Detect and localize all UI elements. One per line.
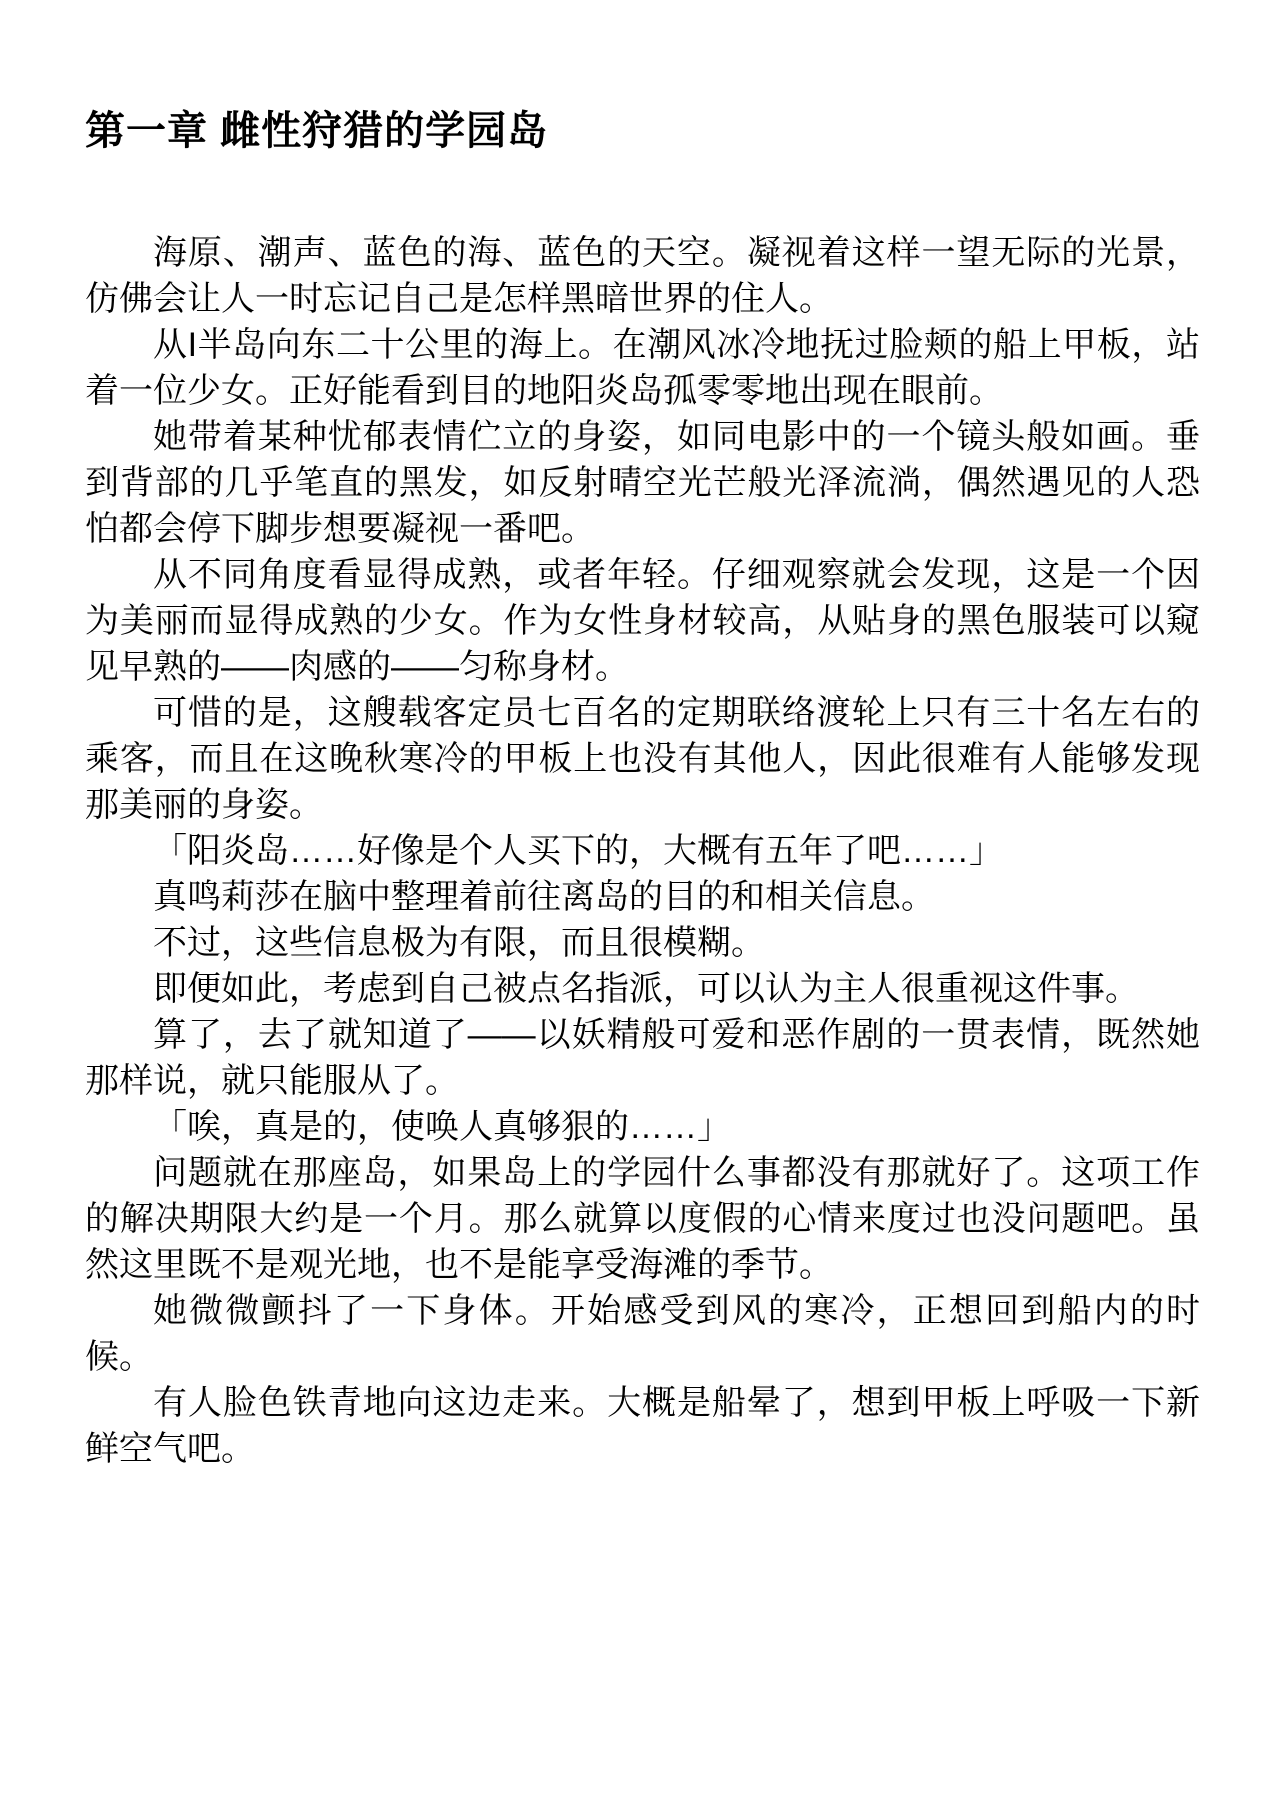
document-page: 第一章 雌性狩猎的学园岛 海原、潮声、蓝色的海、蓝色的天空。凝视着这样一望无际的… [0, 0, 1280, 1794]
chapter-body: 海原、潮声、蓝色的海、蓝色的天空。凝视着这样一望无际的光景，仿佛会让人一时忘记自… [85, 230, 1200, 1472]
chapter-title: 第一章 雌性狩猎的学园岛 [85, 108, 1200, 154]
paragraph: 真鸣莉莎在脑中整理着前往离岛的目的和相关信息。 [85, 874, 1200, 920]
paragraph: 海原、潮声、蓝色的海、蓝色的天空。凝视着这样一望无际的光景，仿佛会让人一时忘记自… [85, 230, 1200, 322]
paragraph: 她微微颤抖了一下身体。开始感受到风的寒冷，正想回到船内的时候。 [85, 1288, 1200, 1380]
paragraph: 算了，去了就知道了——以妖精般可爱和恶作剧的一贯表情，既然她那样说，就只能服从了… [85, 1012, 1200, 1104]
paragraph: 从I半岛向东二十公里的海上。在潮风冰冷地抚过脸颊的船上甲板，站着一位少女。正好能… [85, 322, 1200, 414]
paragraph: 有人脸色铁青地向这边走来。大概是船晕了，想到甲板上呼吸一下新鲜空气吧。 [85, 1380, 1200, 1472]
paragraph: 即便如此，考虑到自己被点名指派，可以认为主人很重视这件事。 [85, 966, 1200, 1012]
paragraph: 从不同角度看显得成熟，或者年轻。仔细观察就会发现，这是一个因为美丽而显得成熟的少… [85, 552, 1200, 690]
paragraph-dialogue: 「阳炎岛……好像是个人买下的，大概有五年了吧……」 [85, 828, 1200, 874]
paragraph: 可惜的是，这艘载客定员七百名的定期联络渡轮上只有三十名左右的乘客，而且在这晚秋寒… [85, 690, 1200, 828]
paragraph: 问题就在那座岛，如果岛上的学园什么事都没有那就好了。这项工作的解决期限大约是一个… [85, 1150, 1200, 1288]
paragraph: 她带着某种忧郁表情伫立的身姿，如同电影中的一个镜头般如画。垂到背部的几乎笔直的黑… [85, 414, 1200, 552]
paragraph: 不过，这些信息极为有限，而且很模糊。 [85, 920, 1200, 966]
paragraph-dialogue: 「唉，真是的，使唤人真够狠的……」 [85, 1104, 1200, 1150]
